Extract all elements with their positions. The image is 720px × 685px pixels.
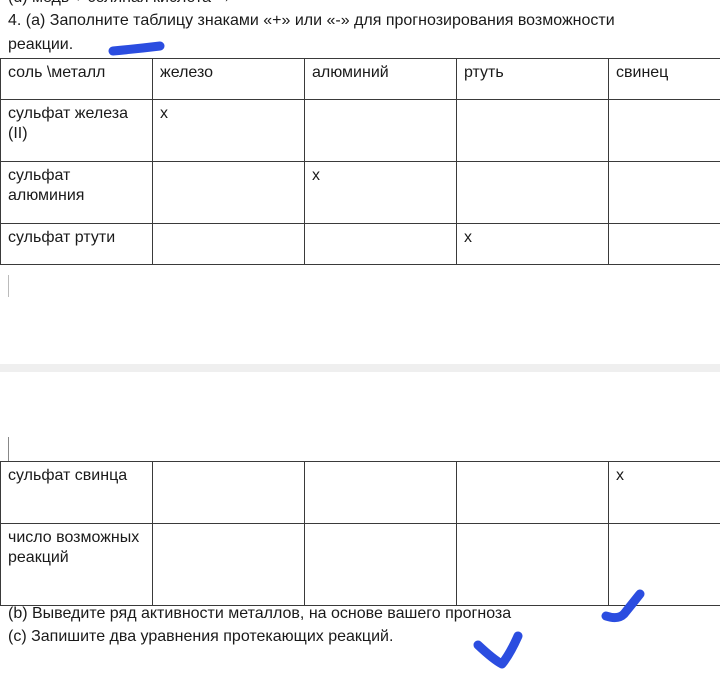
table-cell[interactable]: x [305, 162, 457, 224]
table-header-row: соль \металл железо алюминий ртуть свине… [1, 59, 720, 100]
table-cell[interactable] [609, 162, 720, 224]
table-cell[interactable] [457, 162, 609, 224]
header-cell: алюминий [305, 59, 457, 100]
text-cursor-marker [8, 275, 9, 297]
table-cell[interactable] [153, 524, 305, 606]
table-cell[interactable] [609, 524, 720, 606]
checkmark-icon [478, 636, 518, 664]
table-cell[interactable] [153, 224, 305, 265]
header-cell: ртуть [457, 59, 609, 100]
reaction-table-top: соль \металл железо алюминий ртуть свине… [0, 58, 720, 265]
table-cell[interactable] [609, 100, 720, 162]
cut-off-text-line: (d) медь + соляная кислота → [8, 0, 232, 7]
row-label: сульфат алюминия [1, 162, 153, 224]
underline-stroke-icon [113, 46, 160, 51]
table-cell[interactable]: x [457, 224, 609, 265]
table-cell[interactable] [305, 100, 457, 162]
reaction-table-bottom: сульфат свинца x число возможных реакций [0, 461, 720, 606]
table-row: сульфат алюминия x [1, 162, 720, 224]
table-cell[interactable]: x [153, 100, 305, 162]
table-cell[interactable]: x [609, 462, 720, 524]
header-cell: железо [153, 59, 305, 100]
table-cell[interactable] [457, 524, 609, 606]
row-label: сульфат железа (II) [1, 100, 153, 162]
table-cell[interactable] [305, 462, 457, 524]
table-cell[interactable] [609, 224, 720, 265]
page-break-band [0, 364, 720, 372]
table-row: число возможных реакций [1, 524, 720, 606]
header-cell: соль \металл [1, 59, 153, 100]
question-b-text: (b) Выведите ряд активности металлов, на… [8, 605, 511, 623]
table-row: сульфат ртути x [1, 224, 720, 265]
text-cursor-marker [8, 437, 9, 462]
table-cell[interactable] [153, 162, 305, 224]
question-a-text: 4. (a) Заполните таблицу знаками «+» или… [8, 12, 615, 30]
row-label: число возможных реакций [1, 524, 153, 606]
header-cell: свинец [609, 59, 720, 100]
table-cell[interactable] [457, 100, 609, 162]
table-cell[interactable] [457, 462, 609, 524]
table-cell[interactable] [305, 524, 457, 606]
table-cell[interactable] [153, 462, 305, 524]
row-label: сульфат свинца [1, 462, 153, 524]
table-row: сульфат железа (II) x [1, 100, 720, 162]
table-row: сульфат свинца x [1, 462, 720, 524]
question-c-text: (c) Запишите два уравнения протекающих р… [8, 628, 393, 646]
question-a-text-continued: реакции. [8, 36, 73, 54]
row-label: сульфат ртути [1, 224, 153, 265]
table-cell[interactable] [305, 224, 457, 265]
